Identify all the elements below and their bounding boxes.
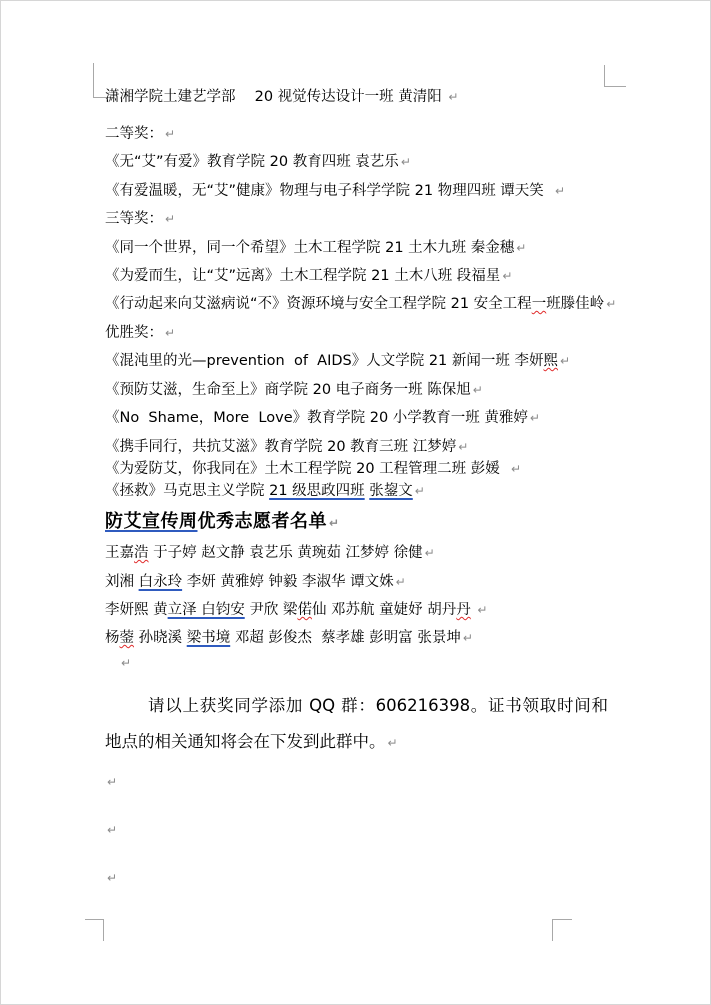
paragraph[interactable]: 《为爱而生，让“艾”远离》土木工程学院 21 土木八班 段福星↵ bbox=[105, 266, 512, 286]
paragraph[interactable]: 刘湘 白永玲 李妍 黄雅婷 钟毅 李淑华 谭文姝↵ bbox=[105, 572, 406, 592]
text-run: 杨 bbox=[105, 630, 120, 646]
text-run: 《携手同行，共抗艾滋》教育学院 20 教育三班 江梦婷 bbox=[105, 439, 456, 455]
underlined-text-run: 防艾宣传周 bbox=[105, 511, 198, 532]
paragraph[interactable]: 杨蓥 孙晓溪 梁书境 邓超 彭俊杰 蔡孝雄 彭明富 张景坤↵ bbox=[105, 628, 473, 648]
paragraph[interactable]: 防艾宣传周优秀志愿者名单↵ bbox=[105, 512, 340, 533]
paragraph-mark-icon: ↵ bbox=[163, 212, 175, 226]
paragraph[interactable]: 请以上获奖同学添加 QQ 群：606216398。证书领取时间和地点的相关通知将… bbox=[105, 688, 608, 761]
paragraph[interactable]: 《行动起来向艾滋病说“不》资源环境与安全工程学院 21 安全工程一班滕佳岭↵ bbox=[105, 294, 616, 314]
paragraph[interactable]: 三等奖：↵ bbox=[105, 209, 175, 229]
paragraph[interactable]: ↵ bbox=[119, 653, 131, 673]
text-run: 仙 邓苏航 童婕妤 胡丹 bbox=[312, 602, 456, 618]
spellcheck-flagged-run: 熙 bbox=[544, 353, 559, 369]
paragraph-mark-icon: ↵ bbox=[553, 184, 565, 198]
paragraph-mark-icon: ↵ bbox=[461, 631, 473, 645]
paragraph[interactable]: 潇湘学院土建艺学部 20 视觉传达设计一班 黄清阳 ↵ bbox=[105, 87, 458, 107]
underlined-text-run: 张鋆文 bbox=[369, 483, 413, 499]
text-run: 《同一个世界，同一个希望》土木工程学院 21 土木九班 秦金穗 bbox=[105, 240, 514, 256]
crop-mark-bottom-left bbox=[85, 919, 104, 941]
text-run: 《预防艾滋，生命至上》商学院 20 电子商务一班 陈保旭 bbox=[105, 382, 471, 398]
paragraph[interactable]: ↵ bbox=[105, 868, 117, 888]
underlined-text-run: 21 级思政四班 bbox=[269, 483, 365, 499]
text-run: 二等奖： bbox=[105, 126, 163, 142]
paragraph-mark-icon: ↵ bbox=[471, 383, 483, 397]
paragraph[interactable]: 李妍熙 黄立泽 白钧安 尹欣 梁偌仙 邓苏航 童婕妤 胡丹丹 ↵ bbox=[105, 600, 487, 620]
paragraph-mark-icon: ↵ bbox=[604, 297, 616, 311]
paragraph-mark-icon: ↵ bbox=[514, 241, 526, 255]
paragraph[interactable]: ↵ bbox=[105, 820, 117, 840]
paragraph[interactable]: 《同一个世界，同一个希望》土木工程学院 21 土木九班 秦金穗↵ bbox=[105, 238, 526, 258]
crop-mark-bottom-right bbox=[552, 919, 572, 941]
paragraph-mark-icon: ↵ bbox=[163, 127, 175, 141]
text-run: 三等奖： bbox=[105, 211, 163, 227]
paragraph[interactable]: 《有爱温暖，无“艾”健康》物理与电子科学学院 21 物理四班 谭天笑 ↵ bbox=[105, 181, 565, 201]
paragraph-mark-icon: ↵ bbox=[163, 326, 175, 340]
text-run: 《为爱防艾，你我同在》土木工程学院 20 工程管理二班 彭媛 bbox=[105, 461, 509, 477]
paragraph-mark-icon: ↵ bbox=[456, 440, 468, 454]
text-run: 潇湘学院土建艺学部 20 视觉传达设计一班 黄清阳 bbox=[105, 89, 446, 105]
spellcheck-flagged-run: 偌 bbox=[297, 602, 312, 618]
paragraph[interactable]: 《混沌里的光—prevention of AIDS》人文学院 21 新闻一班 李… bbox=[105, 351, 570, 371]
text-run: 王嘉 bbox=[105, 545, 134, 561]
paragraph-mark-icon: ↵ bbox=[399, 155, 411, 169]
text-run: 优胜奖： bbox=[105, 325, 163, 341]
underlined-text-run: 立泽 白钧安 bbox=[168, 602, 245, 618]
paragraph[interactable]: 二等奖：↵ bbox=[105, 124, 175, 144]
paragraph-mark-icon: ↵ bbox=[394, 575, 406, 589]
text-run: 《为爱而生，让“艾”远离》土木工程学院 21 土木八班 段福星 bbox=[105, 268, 500, 284]
paragraph[interactable]: 王嘉浩 于子婷 赵文静 袁艺乐 黄琬茹 江梦婷 徐健↵ bbox=[105, 543, 435, 563]
paragraph-mark-icon: ↵ bbox=[413, 484, 425, 498]
paragraph-mark-icon: ↵ bbox=[386, 736, 398, 750]
paragraph[interactable]: 优胜奖：↵ bbox=[105, 323, 175, 343]
underlined-text-run: 梁书境 bbox=[187, 630, 231, 646]
text-run: 请以上获奖同学添加 QQ 群：606216398。证书领取时间和地点的相关通知将… bbox=[105, 696, 608, 751]
paragraph-mark-icon: ↵ bbox=[500, 269, 512, 283]
paragraph[interactable]: 《预防艾滋，生命至上》商学院 20 电子商务一班 陈保旭↵ bbox=[105, 380, 483, 400]
text-run: 优秀志愿者名单 bbox=[198, 511, 328, 532]
paragraph[interactable]: 《拯救》马克思主义学院 21 级思政四班 张鋆文↵ bbox=[105, 481, 425, 501]
paragraph[interactable]: 《携手同行，共抗艾滋》教育学院 20 教育三班 江梦婷↵ bbox=[105, 437, 468, 457]
paragraph[interactable]: 《No Shame，More Love》教育学院 20 小学教育一班 黄雅婷↵ bbox=[105, 408, 540, 428]
word-document-page: { "colors": { "text": "#000000", "underl… bbox=[0, 0, 711, 1005]
text-run: 《无“艾”有爱》教育学院 20 教育四班 袁艺乐 bbox=[105, 154, 399, 170]
crop-mark-top-right bbox=[604, 65, 626, 87]
paragraph-mark-icon: ↵ bbox=[423, 546, 435, 560]
underlined-text-run: 白永玲 bbox=[139, 574, 183, 590]
paragraph-mark-icon: ↵ bbox=[446, 90, 458, 104]
text-run: 《有爱温暖，无“艾”健康》物理与电子科学学院 21 物理四班 谭天笑 bbox=[105, 183, 553, 199]
text-run: 《No Shame，More Love》教育学院 20 小学教育一班 黄雅婷 bbox=[105, 410, 528, 426]
text-run: 尹欣 梁 bbox=[245, 602, 298, 618]
paragraph-mark-icon: ↵ bbox=[105, 823, 117, 837]
text-run: 李妍 黄雅婷 钟毅 李淑华 谭文姝 bbox=[182, 574, 394, 590]
text-run: 《拯救》马克思主义学院 bbox=[105, 483, 269, 499]
text-run: 李妍熙 黄 bbox=[105, 602, 168, 618]
spellcheck-flagged-run: 一 bbox=[532, 296, 547, 312]
text-run: 《行动起来向艾滋病说“不》资源环境与安全工程学院 21 安全工程 bbox=[105, 296, 532, 312]
text-run: 邓超 彭俊杰 蔡孝雄 彭明富 张景坤 bbox=[230, 630, 461, 646]
text-run: 《混沌里的光—prevention of AIDS》人文学院 21 新闻一班 李… bbox=[105, 353, 544, 369]
paragraph[interactable]: 《为爱防艾，你我同在》土木工程学院 20 工程管理二班 彭媛 ↵ bbox=[105, 459, 521, 479]
paragraph[interactable]: 《无“艾”有爱》教育学院 20 教育四班 袁艺乐↵ bbox=[105, 152, 411, 172]
paragraph-mark-icon: ↵ bbox=[475, 603, 487, 617]
paragraph-mark-icon: ↵ bbox=[528, 411, 540, 425]
paragraph-mark-icon: ↵ bbox=[119, 656, 131, 670]
paragraph-mark-icon: ↵ bbox=[105, 871, 117, 885]
paragraph-mark-icon: ↵ bbox=[327, 516, 340, 530]
paragraph-mark-icon: ↵ bbox=[105, 775, 117, 789]
text-run: 于子婷 赵文静 袁艺乐 黄琬茹 江梦婷 徐健 bbox=[149, 545, 423, 561]
text-run: 班滕佳岭 bbox=[546, 296, 604, 312]
spellcheck-flagged-run: 蓥 bbox=[120, 630, 135, 646]
paragraph[interactable]: ↵ bbox=[105, 772, 117, 792]
text-run: 孙晓溪 bbox=[134, 630, 187, 646]
spellcheck-flagged-run: 丹 bbox=[456, 602, 471, 618]
paragraph-mark-icon: ↵ bbox=[509, 462, 521, 476]
text-run: 刘湘 bbox=[105, 574, 139, 590]
spellcheck-flagged-run: 浩 bbox=[134, 545, 149, 561]
paragraph-mark-icon: ↵ bbox=[558, 354, 570, 368]
